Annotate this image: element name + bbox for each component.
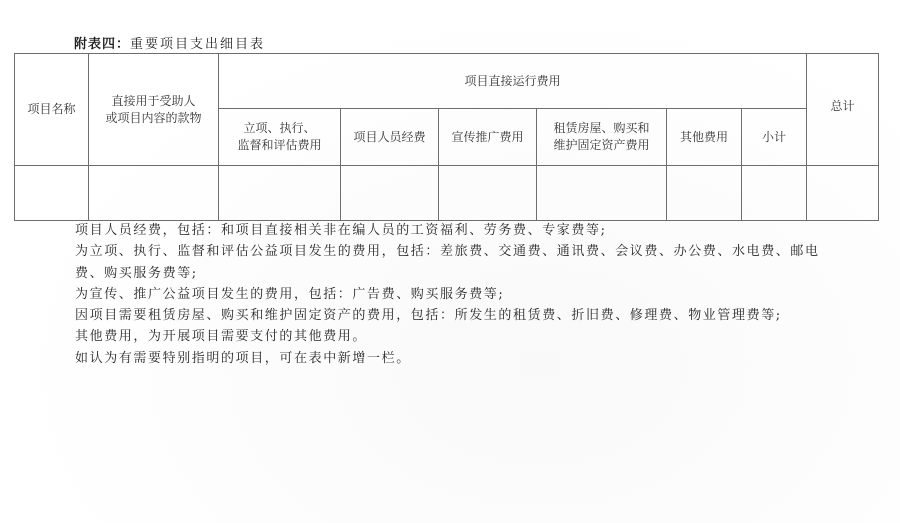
table-cell-other[interactable] (666, 165, 742, 221)
title-text: 重要项目支出细目表 (130, 37, 265, 52)
table-cell-personnel[interactable] (340, 165, 439, 221)
header-project-name: 项目名称 (14, 53, 89, 166)
header-direct-funds: 直接用于受助人 或项目内容的款物 (88, 53, 219, 166)
note-setup-supervision: 为立项、执行、监督和评估公益项目发生的费用，包括：差旅费、交通费、通讯费、会议费… (75, 241, 835, 284)
note-promotion: 为宣传、推广公益项目发生的费用，包括：广告费、购买服务费等; (75, 284, 835, 305)
table-cell-fixed-assets[interactable] (536, 165, 667, 221)
table-cell-promotion[interactable] (438, 165, 537, 221)
subheader-fixed-assets: 租赁房屋、购买和 维护固定资产费用 (536, 108, 667, 166)
subheader-subtotal: 小计 (741, 108, 807, 166)
expense-detail-table: 项目名称 直接用于受助人 或项目内容的款物 项目直接运行费用 总计 立项、执行、… (14, 53, 879, 221)
note-additional-column: 如认为有需要特别指明的项目，可在表中新增一栏。 (75, 348, 835, 369)
title-label: 附表四： (74, 37, 130, 52)
subheader-setup-supervision: 立项、执行、 监督和评估费用 (218, 108, 341, 166)
note-other: 其他费用，为开展项目需要支付的其他费用。 (75, 326, 835, 347)
subheader-other: 其他费用 (666, 108, 742, 166)
table-cell-direct-funds[interactable] (88, 165, 219, 221)
table-notes: 项目人员经费，包括：和项目直接相关非在编人员的工资福利、劳务费、专家费等; 为立… (75, 220, 835, 369)
header-direct-operating: 项目直接运行费用 (218, 53, 807, 109)
table-cell-total[interactable] (806, 165, 879, 221)
document-title: 附表四：重要项目支出细目表 (74, 33, 265, 52)
header-total: 总计 (806, 53, 879, 166)
subheader-personnel: 项目人员经费 (340, 108, 439, 166)
table-cell-subtotal[interactable] (741, 165, 807, 221)
note-fixed-assets: 因项目需要租赁房屋、购买和维护固定资产的费用，包括：所发生的租赁费、折旧费、修理… (75, 305, 835, 326)
subheader-promotion: 宣传推广费用 (438, 108, 537, 166)
note-personnel: 项目人员经费，包括：和项目直接相关非在编人员的工资福利、劳务费、专家费等; (75, 220, 835, 241)
table-cell-project-name[interactable] (14, 165, 89, 221)
table-cell-setup-supervision[interactable] (218, 165, 341, 221)
